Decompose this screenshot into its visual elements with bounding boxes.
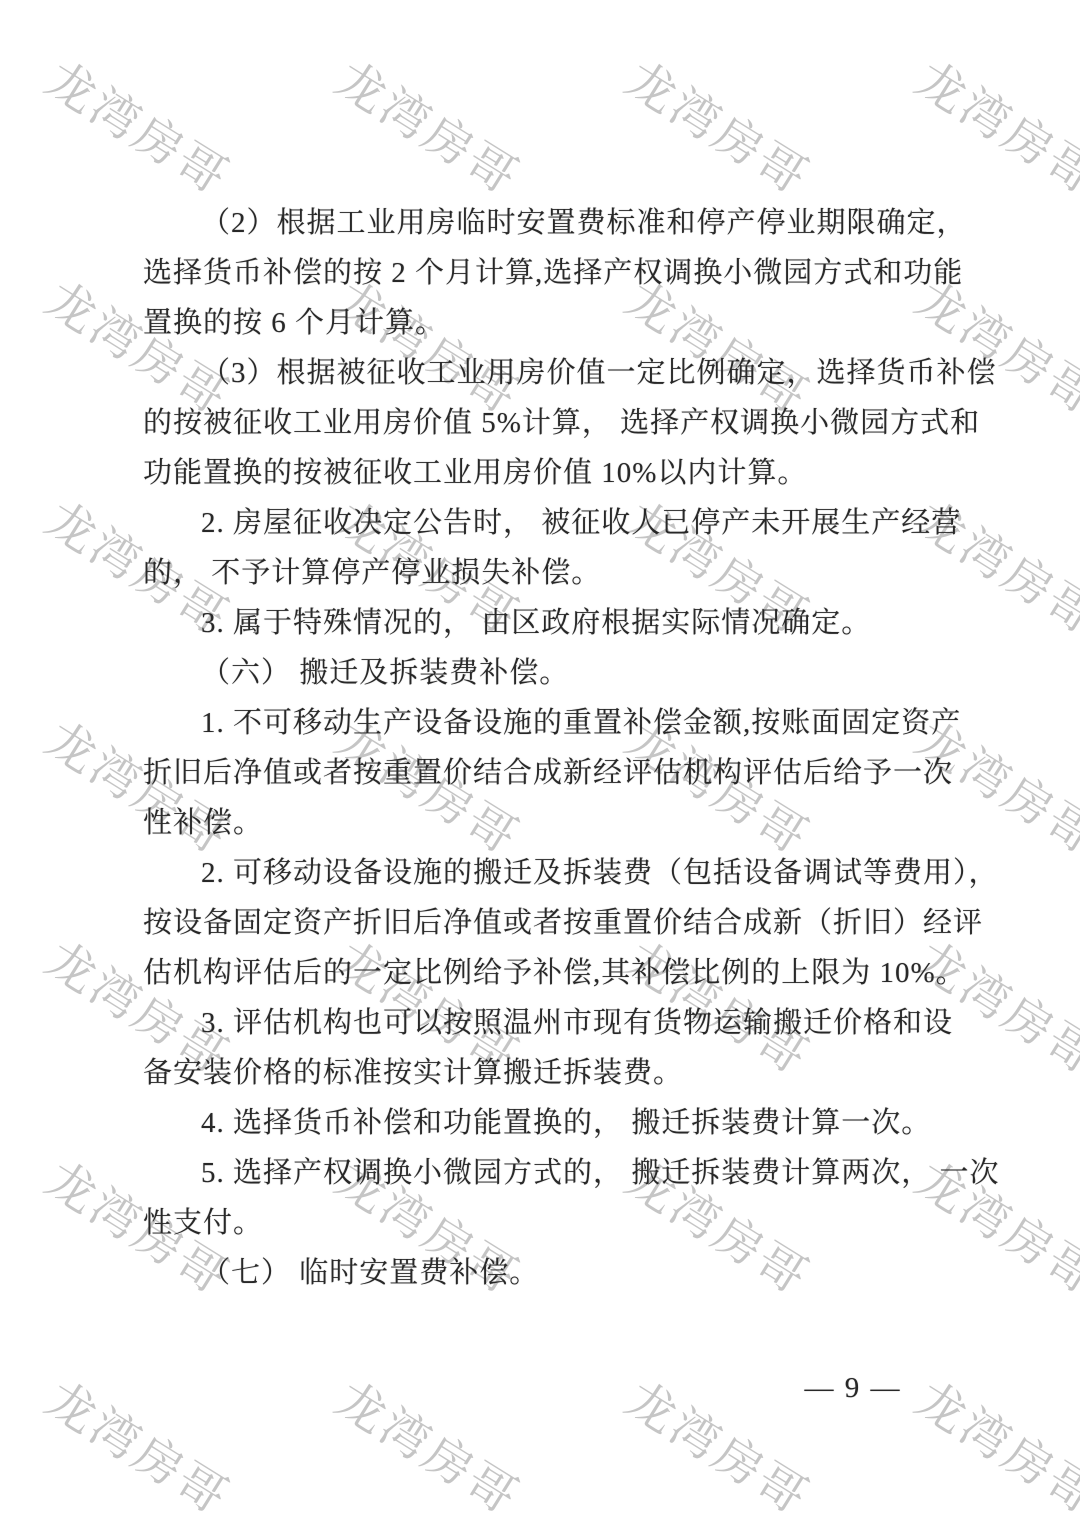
text-line: （六） 搬迁及拆装费补偿。 — [143, 648, 949, 698]
text-line: 折旧后净值或者按重置价结合成新经评估机构评估后给予一次 — [143, 748, 949, 798]
document-page: 龙湾房哥龙湾房哥龙湾房哥龙湾房哥龙湾房哥龙湾房哥龙湾房哥龙湾房哥龙湾房哥龙湾房哥… — [0, 0, 1080, 1527]
text-line: 2. 房屋征收决定公告时， 被征收人已停产未开展生产经营 — [143, 498, 949, 548]
text-line: （3）根据被征收工业用房价值一定比例确定，选择货币补偿 — [143, 348, 949, 398]
page-footer: — 9 — — [788, 1372, 918, 1405]
text-line: 5. 选择产权调换小微园方式的， 搬迁拆装费计算两次， 一次 — [143, 1148, 949, 1198]
text-line: （2）根据工业用房临时安置费标准和停产停业期限确定， — [143, 198, 949, 248]
text-line: 3. 属于特殊情况的， 由区政府根据实际情况确定。 — [143, 598, 949, 648]
text-line: 估机构评估后的一定比例给予补偿,其补偿比例的上限为 10%。 — [143, 948, 949, 998]
text-line: 2. 可移动设备设施的搬迁及拆装费（包括设备调试等费用）， — [143, 848, 949, 898]
text-line: 性支付。 — [143, 1198, 949, 1248]
text-line: 的按被征收工业用房价值 5%计算， 选择产权调换小微园方式和 — [143, 398, 949, 448]
text-line: 的， 不予计算停产停业损失补偿。 — [143, 548, 949, 598]
text-line: 功能置换的按被征收工业用房价值 10%以内计算。 — [143, 448, 949, 498]
text-line: （七） 临时安置费补偿。 — [143, 1248, 949, 1298]
text-line: 按设备固定资产折旧后净值或者按重置价结合成新（折旧）经评 — [143, 898, 949, 948]
text-line: 选择货币补偿的按 2 个月计算,选择产权调换小微园方式和功能 — [143, 248, 949, 298]
text-line: 4. 选择货币补偿和功能置换的， 搬迁拆装费计算一次。 — [143, 1098, 949, 1148]
watermark-text: 龙湾房哥 — [325, 1362, 535, 1527]
watermark-text: 龙湾房哥 — [905, 42, 1080, 209]
watermark-text: 龙湾房哥 — [325, 42, 535, 209]
text-line: 3. 评估机构也可以按照温州市现有货物运输搬迁价格和设 — [143, 998, 949, 1048]
watermark-text: 龙湾房哥 — [615, 42, 825, 209]
watermark-text: 龙湾房哥 — [35, 42, 245, 209]
text-line: 置换的按 6 个月计算。 — [143, 298, 949, 348]
watermark-text: 龙湾房哥 — [35, 1362, 245, 1527]
text-line: 性补偿。 — [143, 798, 949, 848]
page-number: — 9 — — [805, 1372, 902, 1404]
watermark-text: 龙湾房哥 — [905, 1362, 1080, 1527]
text-line: 备安装价格的标准按实计算搬迁拆装费。 — [143, 1048, 949, 1098]
text-line: 1. 不可移动生产设备设施的重置补偿金额,按账面固定资产 — [143, 698, 949, 748]
document-body: （2）根据工业用房临时安置费标准和停产停业期限确定，选择货币补偿的按 2 个月计… — [143, 198, 949, 1298]
